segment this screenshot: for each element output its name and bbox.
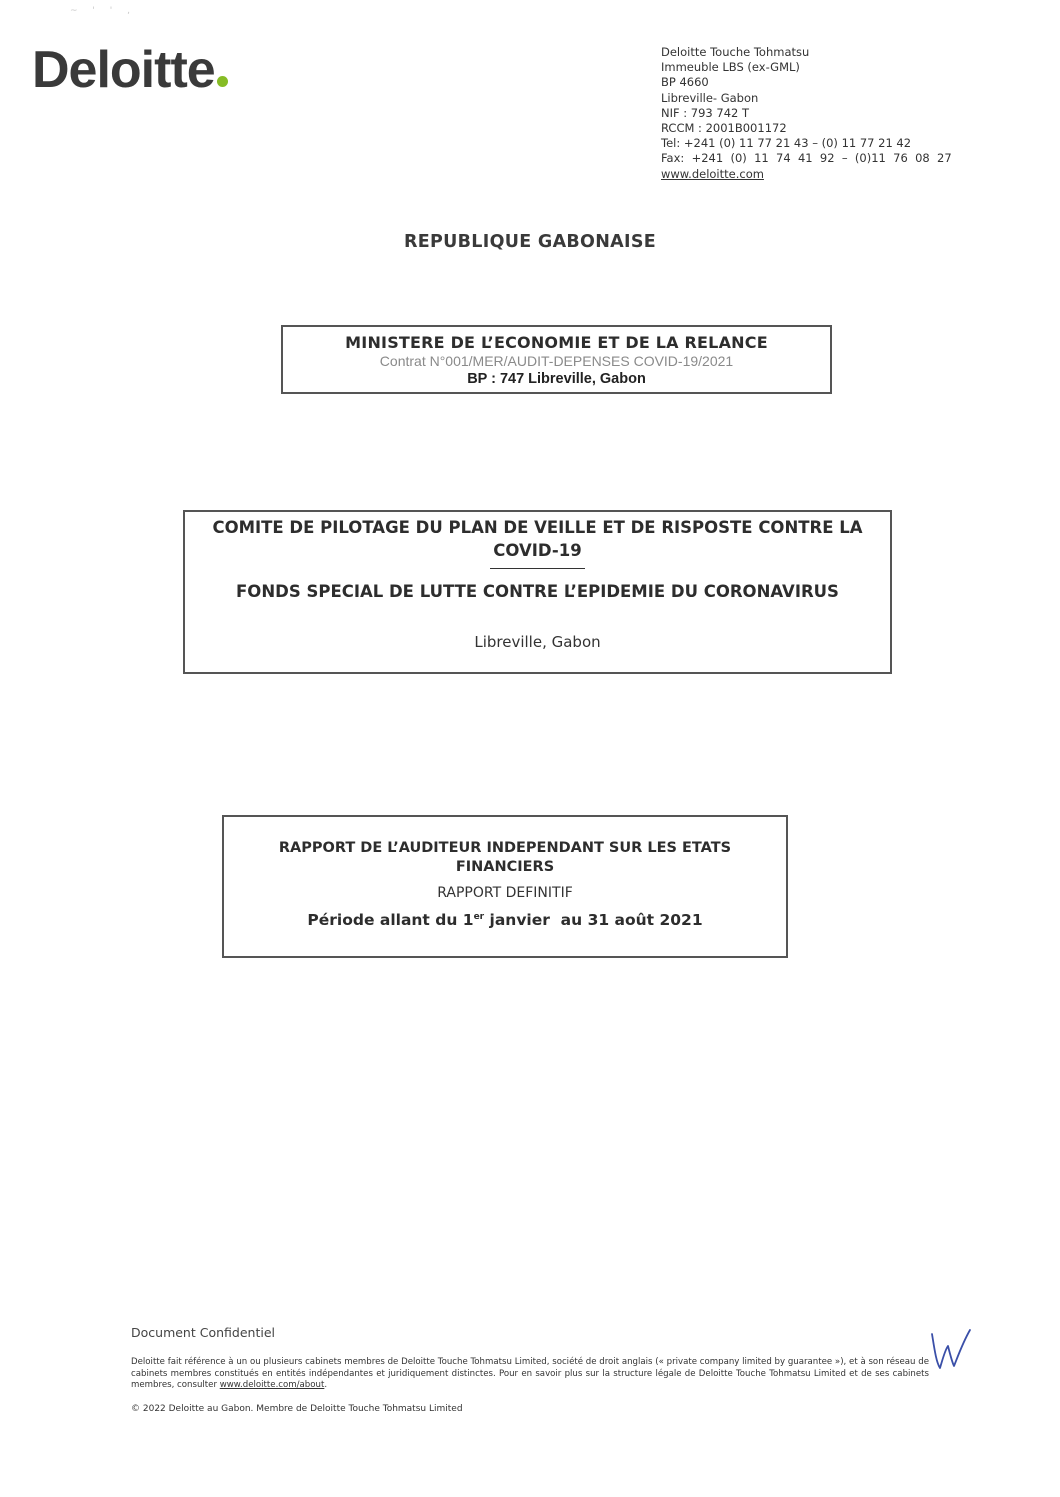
- report-period: Période allant du 1er janvier au 31 août…: [224, 911, 786, 929]
- logo-dot-icon: [217, 76, 228, 87]
- divider-rule: [490, 568, 585, 569]
- confidential-label: Document Confidentiel: [131, 1325, 275, 1340]
- committee-title: COMITE DE PILOTAGE DU PLAN DE VEILLE ET …: [185, 516, 890, 562]
- address-line: Immeuble LBS (ex-GML): [661, 60, 952, 75]
- address-line: Libreville- Gabon: [661, 91, 952, 106]
- signature-initial-icon: [928, 1328, 972, 1372]
- about-link[interactable]: www.deloitte.com/about: [220, 1380, 325, 1390]
- firm-address-block: Deloitte Touche Tohmatsu Immeuble LBS (e…: [661, 45, 952, 182]
- logo-text: Deloitte: [32, 41, 215, 99]
- scan-marks: ~ ' ' ,: [70, 6, 136, 16]
- address-line: BP 4660: [661, 75, 952, 90]
- report-status: RAPPORT DEFINITIF: [224, 885, 786, 901]
- ministry-box: MINISTERE DE L’ECONOMIE ET DE LA RELANCE…: [281, 325, 832, 394]
- ministry-title: MINISTERE DE L’ECONOMIE ET DE LA RELANCE: [283, 333, 830, 352]
- ministry-address: BP : 747 Libreville, Gabon: [283, 370, 830, 388]
- copyright-notice: © 2022 Deloitte au Gabon. Membre de Delo…: [131, 1404, 463, 1414]
- address-line: Fax: +241 (0) 11 74 41 92 – (0)11 76 08 …: [661, 151, 952, 166]
- report-box: RAPPORT DE L’AUDITEUR INDEPENDANT SUR LE…: [222, 815, 788, 958]
- address-line: Deloitte Touche Tohmatsu: [661, 45, 952, 60]
- country-heading: REPUBLIQUE GABONAISE: [0, 232, 1060, 252]
- address-line: NIF : 793 742 T: [661, 106, 952, 121]
- address-line: Tel: +241 (0) 11 77 21 43 – (0) 11 77 21…: [661, 136, 952, 151]
- report-title: RAPPORT DE L’AUDITEUR INDEPENDANT SUR LE…: [224, 839, 786, 877]
- fund-title: FONDS SPECIAL DE LUTTE CONTRE L’EPIDEMIE…: [185, 581, 890, 603]
- address-line: RCCM : 2001B001172: [661, 121, 952, 136]
- website-link[interactable]: www.deloitte.com: [661, 167, 764, 181]
- committee-box: COMITE DE PILOTAGE DU PLAN DE VEILLE ET …: [183, 510, 892, 674]
- deloitte-logo: Deloitte: [32, 44, 228, 96]
- committee-city: Libreville, Gabon: [185, 633, 890, 651]
- legal-disclaimer: Deloitte fait référence à un ou plusieur…: [131, 1357, 929, 1392]
- contract-number: Contrat N°001/MER/AUDIT-DEPENSES COVID-1…: [283, 352, 830, 370]
